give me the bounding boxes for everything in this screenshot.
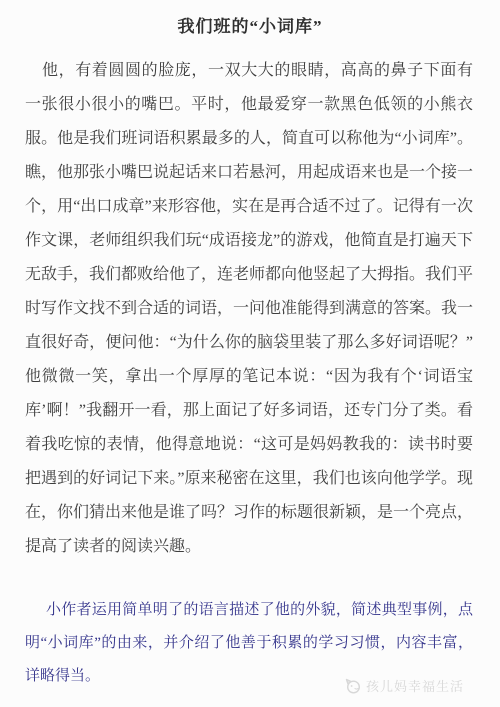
watermark-text: 孩儿妈幸福生活 (366, 676, 464, 695)
watermark: 孩儿妈幸福生活 (344, 676, 464, 695)
cat-face-logo-icon (344, 678, 363, 694)
essay-title: 我们班的“小词库” (0, 0, 500, 39)
document-page: 我们班的“小词库” 他，有着圆圆的脸庞，一双大大的眼睛，高高的鼻子下面有一张很小… (0, 0, 500, 707)
essay-body-paragraph: 他，有着圆圆的脸庞，一双大大的眼睛，高高的鼻子下面有一张很小很小的嘴巴。平时，他… (25, 54, 473, 564)
